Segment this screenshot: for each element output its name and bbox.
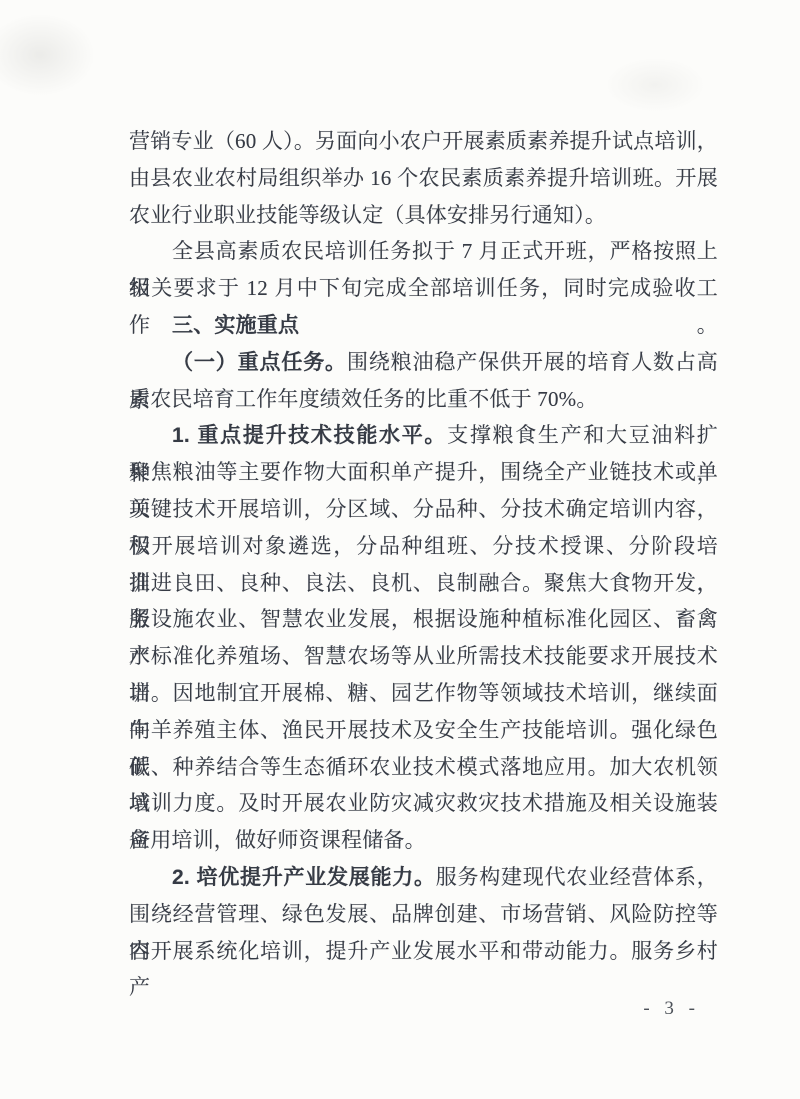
text-run: 营销专业（60 人）。另面向小农户开展素质素养提升试点培训， (129, 129, 718, 153)
text-run: 服务构建现代农业经营体系， (436, 865, 718, 889)
text-line: 推进良田、良种、良法、良机、良制融合。聚焦大食物开发，服 (129, 565, 718, 602)
text-line: 应用培训，做好师资课程储备。 (129, 822, 718, 859)
text-line: 务设施农业、智慧农业发展，根据设施种植标准化园区、畜禽水 (129, 601, 718, 638)
scan-artifact (600, 55, 710, 115)
text-line: 2. 培优提升产业发展能力。服务构建现代农业经营体系， (129, 859, 718, 896)
text-run: 质农民培育工作年度绩效任务的比重不低于 70%。 (129, 387, 598, 411)
bold-text-run: （一）重点任务。 (172, 351, 347, 374)
text-line: 牛羊养殖主体、渔民开展技术及安全生产技能培训。强化绿色低 (129, 712, 718, 749)
text-run: 农业行业职业技能等级认定（具体安排另行通知）。 (129, 203, 606, 227)
page-number: - 3 - (643, 998, 700, 1020)
text-line: 聚焦粮油等主要作物大面积单产提升，围绕全产业链技术或单项 (129, 454, 718, 491)
text-run: 容开展系统化培训，提升产业发展水平和带动能力。服务乡村产 (129, 939, 718, 1000)
bold-text-run: 三、实施重点 (172, 314, 299, 337)
bold-text-run: 1. 重点提升技术技能水平。 (172, 424, 447, 447)
text-line: 由县农业农村局组织举办 16 个农民素质素养提升培训班。开展 (129, 160, 718, 197)
text-line: 围绕经营管理、绿色发展、品牌创建、市场营销、风险防控等内 (129, 896, 718, 933)
text-line: 农业行业职业技能等级认定（具体安排另行通知）。 (129, 197, 718, 234)
scan-artifact (0, 10, 100, 100)
text-line: 质农民培育工作年度绩效任务的比重不低于 70%。 (129, 381, 718, 418)
text-line: 极开展培训对象遴选，分品种组班、分技术授课、分阶段培训， (129, 528, 718, 565)
text-line: 全县高素质农民培训任务拟于 7 月正式开班，严格按照上级 (129, 233, 718, 270)
text-line: 碳、种养结合等生态循环农业技术模式落地应用。加大农机领域 (129, 749, 718, 786)
document-body: 营销专业（60 人）。另面向小农户开展素质素养提升试点培训，由县农业农村局组织举… (129, 123, 718, 969)
text-line: 营销专业（60 人）。另面向小农户开展素质素养提升试点培训， (129, 123, 718, 160)
text-run: 应用培训，做好师资课程储备。 (129, 828, 426, 852)
text-run: 由县农业农村局组织举办 16 个农民素质素养提升培训班。开展 (129, 166, 718, 190)
text-line: 容开展系统化培训，提升产业发展水平和带动能力。服务乡村产 (129, 933, 718, 970)
text-line: 培训力度。及时开展农业防灾减灾救灾技术措施及相关设施装备 (129, 785, 718, 822)
text-line: 训。因地制宜开展棉、糖、园艺作物等领域技术培训，继续面向 (129, 675, 718, 712)
text-line: 关键技术开展培训，分区域、分品种、分技术确定培训内容，积 (129, 491, 718, 528)
bold-text-run: 2. 培优提升产业发展能力。 (172, 866, 436, 889)
text-line: （一）重点任务。围绕粮油稳产保供开展的培育人数占高素 (129, 344, 718, 381)
text-line: 产标准化养殖场、智慧农场等从业所需技术技能要求开展技术培 (129, 638, 718, 675)
text-line: 相关要求于 12 月中下旬完成全部培训任务，同时完成验收工作。 (129, 270, 718, 307)
text-line: 1. 重点提升技术技能水平。支撑粮食生产和大豆油料扩种， (129, 417, 718, 454)
document-page: 营销专业（60 人）。另面向小农户开展素质素养提升试点培训，由县农业农村局组织举… (0, 0, 800, 1099)
